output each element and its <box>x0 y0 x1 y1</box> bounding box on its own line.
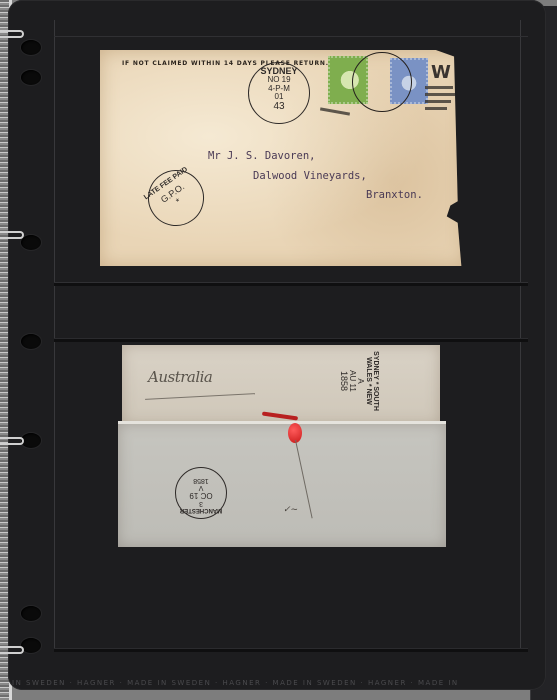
sydney-postmark: SYDNEY NO 19 4-P-M 01 43 <box>248 62 310 124</box>
address-line-3: Branxton. <box>366 189 423 201</box>
binder-ring <box>0 30 24 38</box>
letter-fold <box>118 421 446 424</box>
punch-hole <box>21 433 41 448</box>
punch-hole <box>21 334 41 349</box>
manuscript-address: Australia <box>148 368 212 386</box>
binder-ring <box>0 437 24 445</box>
punch-hole <box>21 638 41 653</box>
punch-hole <box>21 235 41 250</box>
folded-letter-back <box>118 423 446 547</box>
duplex-bar <box>425 107 447 110</box>
address-line-2: Dalwood Vineyards, <box>253 170 367 182</box>
punch-hole <box>21 606 41 621</box>
punch-hole <box>21 70 41 85</box>
return-notice: IF NOT CLAIMED WITHIN 14 DAYS PLEASE RET… <box>122 60 329 67</box>
cover-1901-sydney: IF NOT CLAIMED WITHIN 14 DAYS PLEASE RET… <box>100 50 465 266</box>
album-imprint: IN SWEDEN · HAGNER · MADE IN SWEDEN · HA… <box>12 679 532 691</box>
strip-edge <box>54 36 528 37</box>
pocket-strip <box>54 648 528 652</box>
duplex-bar <box>425 93 455 96</box>
manchester-postmark: MANCHESTER 3 OC 19 V 1858 <box>175 467 227 519</box>
binder-ring <box>0 231 24 239</box>
stamp-cancel-ring <box>352 52 412 112</box>
punch-hole <box>21 40 41 55</box>
address-line-1: Mr J. S. Davoren, <box>208 150 315 162</box>
binder-ring <box>0 646 24 654</box>
sheet-guide-line <box>54 20 55 650</box>
duplex-bar <box>425 100 451 103</box>
sheet-guide-line <box>520 20 521 650</box>
sydney-1858-postmark: SYDNEY * SOUTH WALES * NEW A AU 11 1858 <box>327 350 389 412</box>
duplex-bar <box>425 86 453 89</box>
duplex-bar <box>320 107 350 115</box>
strip-edge <box>54 282 528 283</box>
duplex-letter: W <box>431 62 451 83</box>
manuscript-note: ✓~ <box>283 505 298 515</box>
pocket-strip <box>54 338 528 342</box>
late-fee-postmark: LATE FEE PAID G.P.O. * <box>137 159 215 237</box>
